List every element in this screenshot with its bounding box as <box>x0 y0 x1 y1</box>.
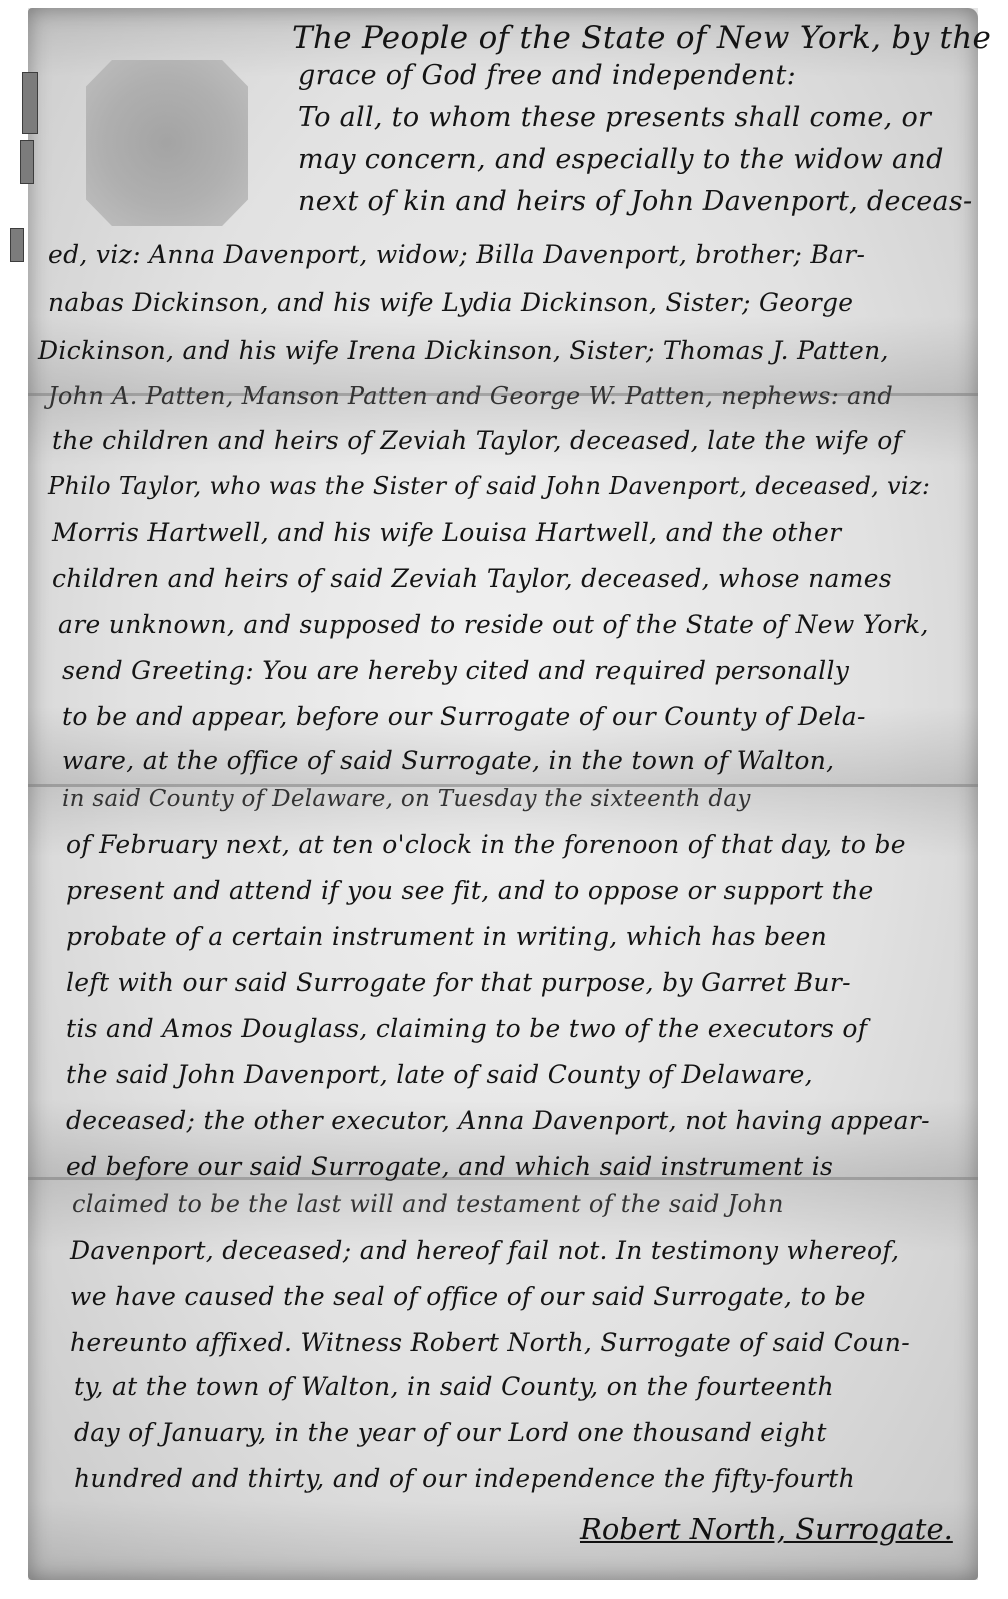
text-line: to be and appear, before our Surrogate o… <box>62 702 866 731</box>
text-line: day of January, in the year of our Lord … <box>74 1418 827 1447</box>
text-line: Dickinson, and his wife Irena Dickinson,… <box>38 336 889 365</box>
text-line: tis and Amos Douglass, claiming to be tw… <box>66 1014 867 1043</box>
text-line: in said County of Delaware, on Tuesday t… <box>62 786 751 812</box>
text-line: hundred and thirty, and of our independe… <box>74 1464 855 1493</box>
text-line: ware, at the office of said Surrogate, i… <box>62 746 834 775</box>
text-line: probate of a certain instrument in writi… <box>66 922 827 951</box>
text-line: next of kin and heirs of John Davenport,… <box>298 186 972 217</box>
text-line: we have caused the seal of office of our… <box>70 1282 866 1311</box>
text-line: hereunto affixed. Witness Robert North, … <box>70 1328 910 1357</box>
text-line: may concern, and especially to the widow… <box>298 144 944 175</box>
binding-tab <box>10 228 24 262</box>
text-line: of February next, at ten o'clock in the … <box>66 830 906 859</box>
text-line: The People of the State of New York, by … <box>292 20 991 56</box>
text-line: children and heirs of said Zeviah Taylor… <box>52 564 892 593</box>
wax-seal-icon <box>86 60 248 226</box>
text-line: the children and heirs of Zeviah Taylor,… <box>52 426 902 455</box>
text-line: To all, to whom these presents shall com… <box>298 102 931 133</box>
text-line: ed, viz: Anna Davenport, widow; Billa Da… <box>48 240 865 269</box>
text-line: deceased; the other executor, Anna Daven… <box>66 1106 930 1135</box>
text-line: ed before our said Surrogate, and which … <box>66 1152 833 1181</box>
binding-tab <box>22 72 38 134</box>
text-line: ty, at the town of Walton, in said Count… <box>74 1372 834 1401</box>
text-line: Morris Hartwell, and his wife Louisa Har… <box>52 518 841 547</box>
text-line: claimed to be the last will and testamen… <box>72 1190 784 1218</box>
text-line: left with our said Surrogate for that pu… <box>66 968 851 997</box>
signature: Robert North, Surrogate. <box>580 1512 953 1546</box>
text-line: grace of God free and independent: <box>298 60 796 91</box>
text-line: present and attend if you see fit, and t… <box>66 876 874 905</box>
binding-tab <box>20 140 34 184</box>
text-line: nabas Dickinson, and his wife Lydia Dick… <box>48 288 853 317</box>
text-line: John A. Patten, Manson Patten and George… <box>48 382 893 410</box>
text-line: Philo Taylor, who was the Sister of said… <box>48 472 930 500</box>
text-line: are unknown, and supposed to reside out … <box>58 610 929 639</box>
text-line: the said John Davenport, late of said Co… <box>66 1060 813 1089</box>
text-line: send Greeting: You are hereby cited and … <box>62 656 849 685</box>
text-line: Davenport, deceased; and hereof fail not… <box>70 1236 899 1265</box>
